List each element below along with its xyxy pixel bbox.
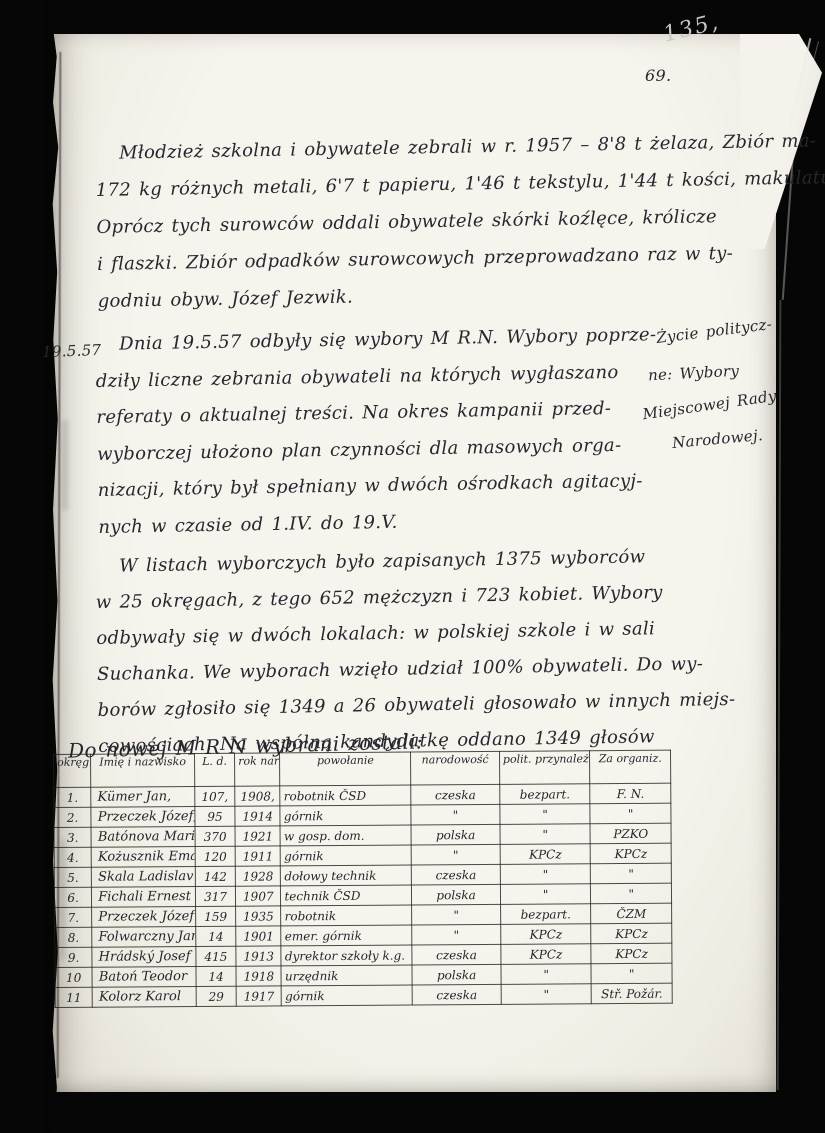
table-cell: 14 (196, 966, 236, 986)
paragraph-scrap-collection: Młodzież szkolna i obywatele zebrali w r… (95, 130, 825, 328)
table-cell: Folwarczny Jan (92, 927, 196, 948)
table-header-cell: Za organiz. (590, 750, 671, 784)
table-cell: " (500, 864, 591, 885)
table-cell: 1911 (235, 846, 280, 866)
table-cell: czeska (412, 984, 501, 1005)
scanned-document: 135, 69. Młodzież szkolna i obywatele ze… (0, 0, 825, 1133)
table-cell: KPCz (501, 944, 592, 965)
scan-smudge (62, 420, 68, 510)
paragraph-elections: Dnia 19.5.57 odbyły się wybory M R.N. Wy… (95, 324, 660, 553)
table-cell: 120 (195, 846, 235, 866)
table-cell: " (591, 963, 672, 984)
table-cell: 95 (195, 806, 235, 826)
table-cell: 3. (54, 827, 91, 847)
table-cell: Kożusznik Eman (91, 847, 195, 868)
table-header-cell: L. d. (194, 753, 234, 786)
table-cell: czeska (412, 864, 501, 885)
table-cell: polska (412, 964, 501, 985)
table-cell: robotnik ČSD (280, 785, 411, 806)
table-header-cell: polit. przynależ. (499, 751, 590, 785)
table-cell: 5. (54, 867, 91, 887)
table-cell: 29 (196, 986, 236, 1006)
table-cell: " (590, 803, 671, 824)
table-cell: Batoń Teodor (92, 967, 196, 988)
table-cell: dyrektor szkoły k.g. (281, 945, 412, 966)
table-cell: 1. (54, 787, 91, 807)
table-cell: robotnik (281, 905, 412, 926)
table-cell: Hrádský Josef (92, 947, 196, 968)
table-cell: F. N. (590, 783, 671, 804)
table-cell: 4. (54, 847, 91, 867)
table-cell: " (591, 863, 672, 884)
table-cell: polska (411, 824, 500, 845)
table-cell: Kolorz Karol (92, 987, 196, 1008)
table-cell: Fichali Ernest (92, 887, 196, 908)
table-cell: " (412, 924, 501, 945)
table-cell: " (500, 804, 591, 825)
table-cell: 415 (196, 946, 236, 966)
table-cell: 7. (55, 907, 92, 927)
table-cell: bezpart. (500, 904, 591, 925)
page-number: 69. (645, 66, 671, 85)
table-cell: KPCz (501, 924, 592, 945)
table-cell: 317 (195, 886, 235, 906)
table-header-row: okręgImię i nazwiskoL. d.rok nar.powołan… (54, 750, 671, 787)
elected-members-table: okręgImię i nazwiskoL. d.rok nar.powołan… (53, 750, 673, 1008)
table-cell: Kümer Jan, (91, 787, 195, 808)
table-cell: 10 (55, 967, 92, 987)
table-cell: 1913 (236, 946, 281, 966)
table-cell: 6. (54, 887, 91, 907)
table-cell: PZKO (590, 823, 671, 844)
table-cell: 1901 (236, 926, 281, 946)
table-cell: 107, (195, 786, 235, 806)
table-cell: 1907 (236, 886, 281, 906)
table-cell: " (501, 964, 592, 985)
table-cell: " (591, 883, 672, 904)
table-cell: 1935 (236, 906, 281, 926)
table-cell: KPCz (591, 943, 672, 964)
table-cell: bezpart. (500, 784, 591, 805)
table-cell: Batónova Maria (91, 827, 195, 848)
table-cell: w gosp. dom. (280, 825, 411, 846)
table-cell: 14 (196, 926, 236, 946)
table-cell: " (412, 904, 501, 925)
table-cell: czeska (411, 784, 500, 805)
table-cell: Stř. Požár. (592, 983, 673, 1004)
table-cell: " (411, 844, 500, 865)
table-row: 11Kolorz Karol291917górnikczeska"Stř. Po… (55, 983, 672, 1007)
table-cell: " (411, 804, 500, 825)
table-cell: 142 (195, 866, 235, 886)
table-cell: 1918 (236, 966, 281, 986)
table-cell: 1908, (235, 786, 280, 806)
table-cell: 1917 (236, 986, 281, 1006)
table-header-cell: narodowość (411, 751, 500, 785)
table-cell: polska (412, 884, 501, 905)
table-header-cell: rok nar. (235, 753, 281, 786)
table-header-cell: Imię i nazwisko (91, 754, 195, 788)
table-cell: KPCz (500, 844, 591, 865)
table-cell: Przeczek Józef, (91, 807, 195, 828)
table-cell: emer. górnik (281, 925, 412, 946)
table-cell: 370 (195, 826, 235, 846)
table-header-row: okręgImię i nazwiskoL. d.rok nar.powołan… (54, 750, 671, 787)
page-edge-streak (777, 300, 782, 1090)
margin-date: 19.5.57 (42, 341, 102, 361)
table-cell: 1921 (235, 826, 280, 846)
table-cell: dołowy technik (281, 865, 412, 886)
table-cell: " (501, 984, 592, 1005)
table-cell: 1914 (235, 806, 280, 826)
table-cell: Skala Ladislav (92, 867, 196, 888)
table-cell: górnik (282, 985, 413, 1006)
table-cell: 11 (55, 987, 92, 1007)
table-cell: urzędnik (281, 965, 412, 986)
table-cell: 159 (195, 906, 235, 926)
table-cell: ČZM (591, 903, 672, 924)
table-cell: KPCz (591, 843, 672, 864)
table-cell: 9. (55, 947, 92, 967)
table-cell: 2. (54, 807, 91, 827)
table-cell: " (500, 824, 591, 845)
table-cell: czeska (412, 944, 501, 965)
table-cell: Przeczek Józef (92, 907, 196, 928)
table-cell: górnik (281, 845, 412, 866)
table-cell: KPCz (591, 923, 672, 944)
table-cell: 1928 (235, 866, 280, 886)
table-header-cell: powołanie (280, 752, 411, 786)
table-cell: technik ČSD (281, 885, 412, 906)
table-body: 1.Kümer Jan,107,1908,robotnik ČSDczeskab… (54, 783, 673, 1007)
table-cell: górnik (280, 805, 411, 826)
table-header-cell: okręg (54, 754, 91, 787)
table-cell: " (500, 884, 591, 905)
table-cell: 8. (55, 927, 92, 947)
